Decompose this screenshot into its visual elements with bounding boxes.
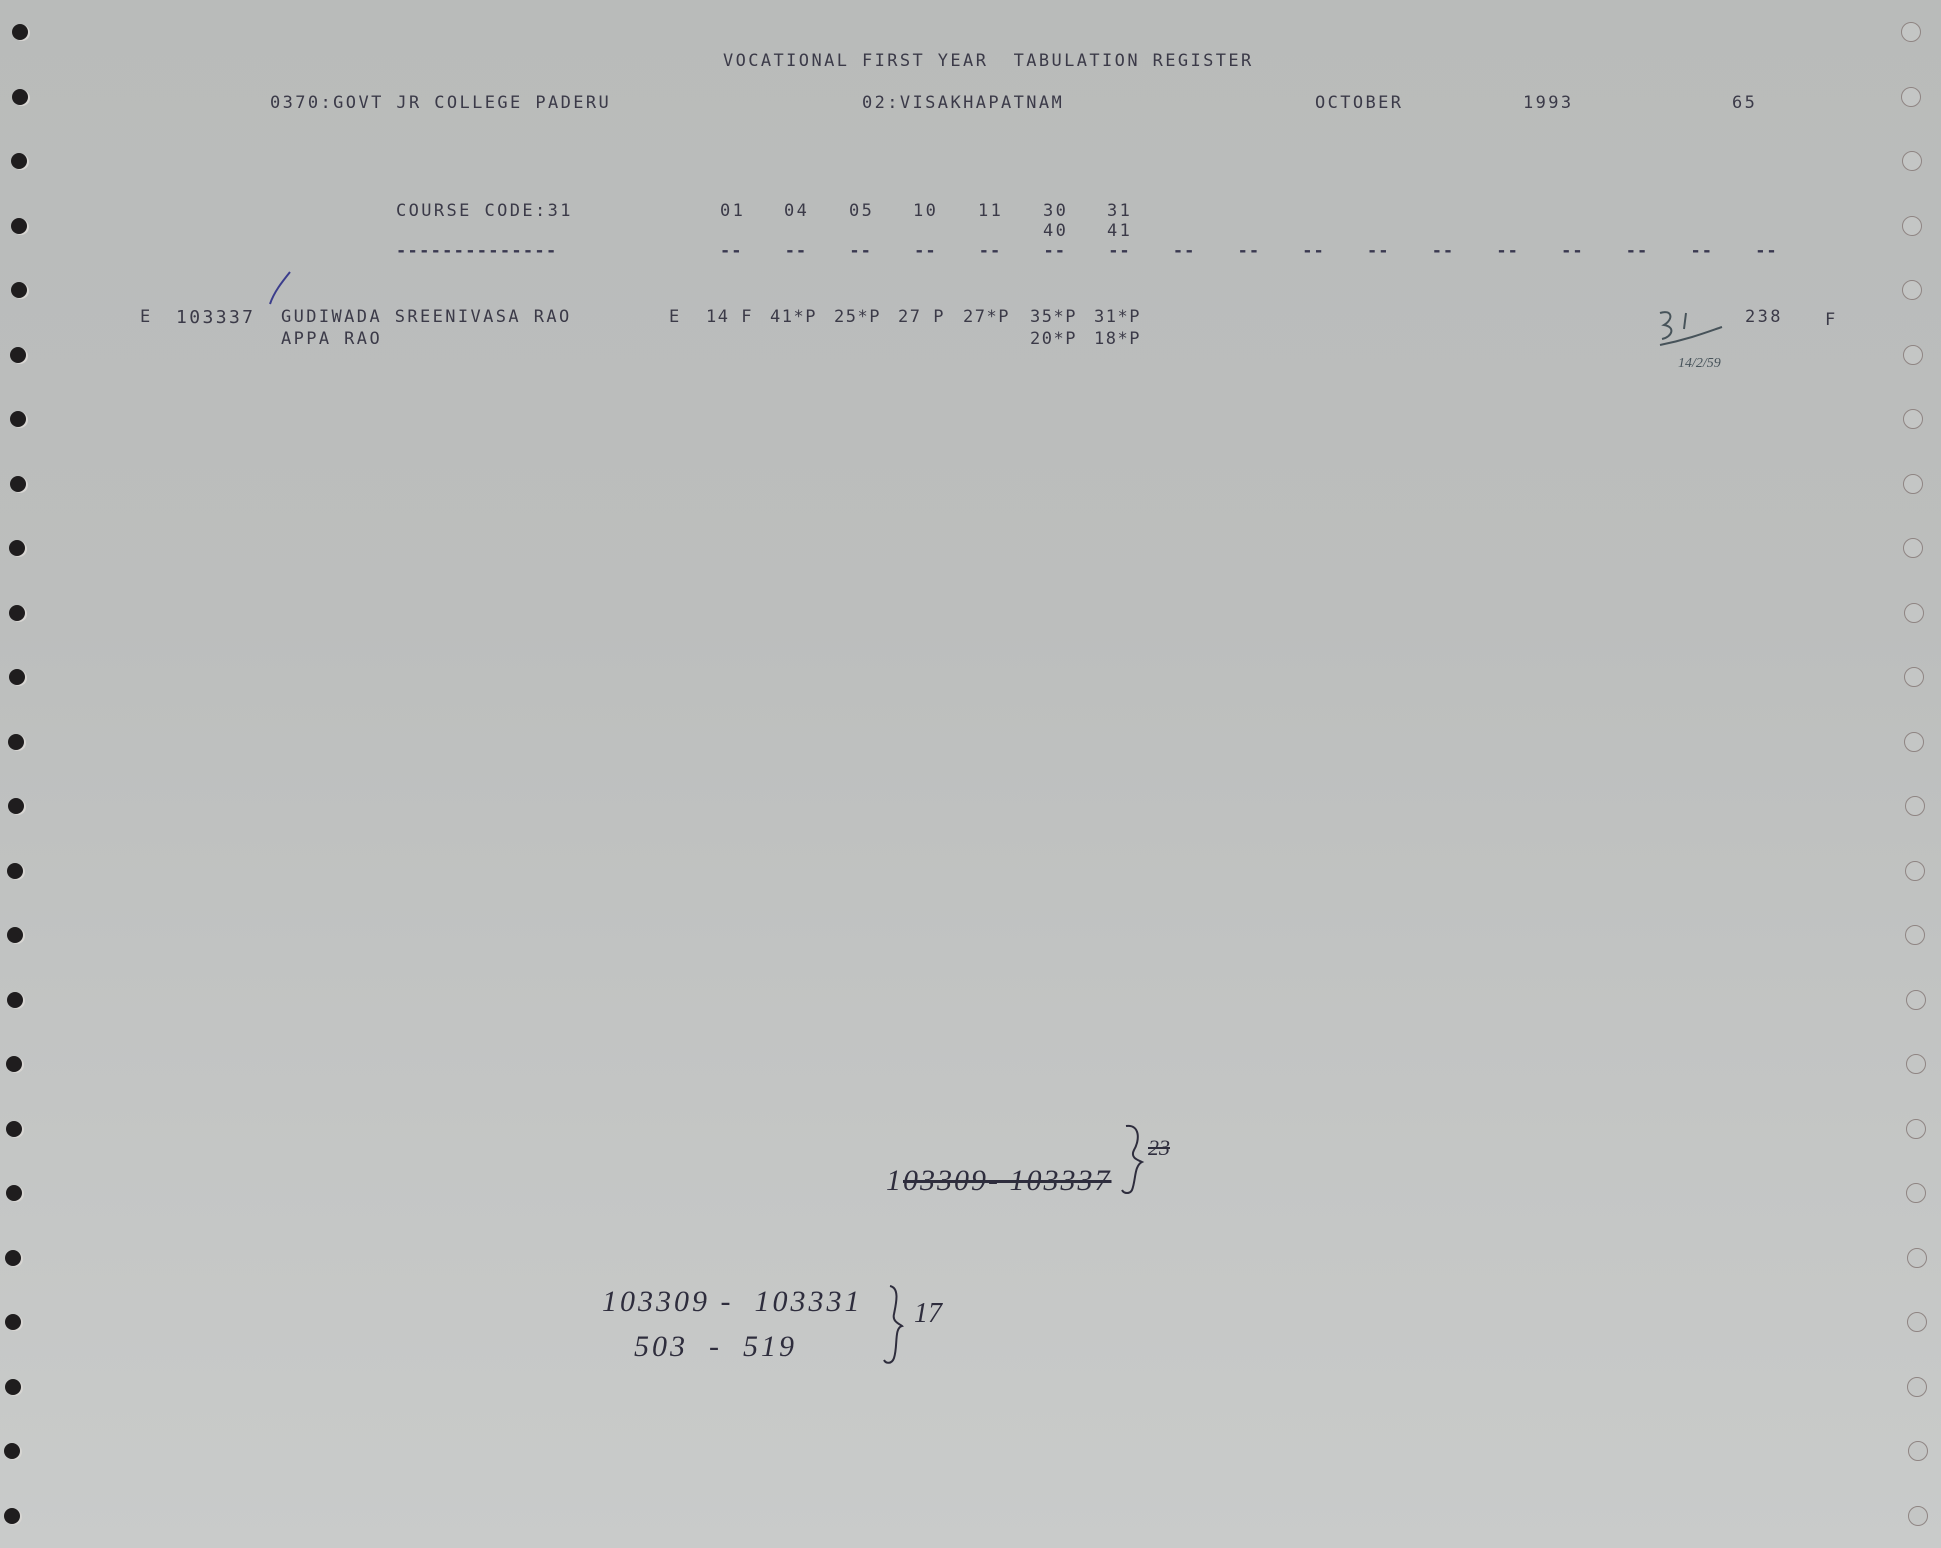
- feed-hole: [1906, 990, 1926, 1010]
- feed-hole: [5, 1314, 21, 1330]
- feed-hole: [1907, 1312, 1927, 1332]
- feed-hole: [1904, 603, 1924, 623]
- column-separator: --: [849, 241, 871, 261]
- feed-hole: [9, 540, 25, 556]
- feed-hole: [1901, 22, 1921, 42]
- feed-hole: [4, 1443, 20, 1459]
- exam-month: OCTOBER: [1315, 93, 1403, 113]
- subject-code-alt: 40: [1043, 221, 1068, 241]
- column-separator: --: [720, 241, 742, 261]
- note-range-prefix: 1: [886, 1164, 903, 1197]
- pen-tick-mark: [262, 268, 302, 308]
- student-name: GUDIWADA SREENIVASA RAO: [281, 307, 572, 327]
- feed-hole: [11, 153, 27, 169]
- feed-hole: [11, 282, 27, 298]
- subject-code: 30: [1043, 201, 1068, 221]
- feed-hole: [1902, 151, 1922, 171]
- feed-hole: [12, 89, 28, 105]
- note2-line1: 103309 - 103331: [602, 1285, 863, 1319]
- feed-hole: [6, 1056, 22, 1072]
- feed-hole: [4, 1508, 20, 1524]
- feed-hole: [1908, 1506, 1928, 1526]
- subject-mark-alt: 18*P: [1094, 329, 1141, 349]
- register-title: VOCATIONAL FIRST YEAR TABULATION REGISTE…: [723, 51, 1254, 71]
- feed-hole: [1905, 925, 1925, 945]
- feed-hole: [8, 734, 24, 750]
- medium-code: E: [669, 307, 682, 327]
- column-separator: --: [1367, 241, 1389, 261]
- result-status: F: [1825, 310, 1838, 330]
- feed-hole: [11, 218, 27, 234]
- column-separator: --: [785, 241, 807, 261]
- subject-mark: 25*P: [834, 307, 881, 327]
- feed-hole: [1905, 861, 1925, 881]
- column-separator: --: [1044, 241, 1066, 261]
- subject-mark: 35*P: [1030, 307, 1077, 327]
- feed-hole: [1906, 1119, 1926, 1139]
- feed-hole: [1903, 474, 1923, 494]
- feed-hole: [9, 669, 25, 685]
- feed-hole: [5, 1250, 21, 1266]
- note2-count: 17: [914, 1298, 942, 1330]
- column-separator: --: [979, 241, 1001, 261]
- note-range-struck-text: 03309- 103337: [903, 1164, 1112, 1197]
- subject-mark: 27 P: [898, 307, 945, 327]
- note-range-struck: 103309- 103337: [848, 1130, 1112, 1232]
- column-separator: --: [1755, 241, 1777, 261]
- subject-mark: 27*P: [963, 307, 1010, 327]
- feed-hole: [1907, 1248, 1927, 1268]
- feed-hole: [1904, 667, 1924, 687]
- feed-hole: [8, 798, 24, 814]
- college-name: 0370:GOVT JR COLLEGE PADERU: [270, 93, 611, 113]
- hall-ticket-number: 103337: [176, 307, 255, 328]
- feed-hole: [10, 411, 26, 427]
- feed-hole: [1902, 280, 1922, 300]
- column-separator: --: [1561, 241, 1583, 261]
- feed-hole: [10, 347, 26, 363]
- feed-hole: [1908, 1441, 1928, 1461]
- subject-mark-alt: 20*P: [1030, 329, 1077, 349]
- column-separator: --: [1173, 241, 1195, 261]
- subject-mark: 14 F: [706, 307, 753, 327]
- column-separator: --: [1626, 241, 1648, 261]
- course-code-underline: --------------: [396, 241, 558, 261]
- page-number: 65: [1732, 93, 1757, 113]
- feed-hole: [6, 1121, 22, 1137]
- column-separator: --: [1302, 241, 1324, 261]
- examiner-signature: 14/2/59: [1650, 305, 1760, 375]
- feed-hole: [1906, 1183, 1926, 1203]
- feed-hole: [1907, 1377, 1927, 1397]
- svg-text:14/2/59: 14/2/59: [1678, 356, 1721, 371]
- feed-hole: [5, 1379, 21, 1395]
- feed-hole: [7, 927, 23, 943]
- subject-code: 11: [978, 201, 1003, 221]
- feed-hole: [6, 1185, 22, 1201]
- subject-code: 05: [849, 201, 874, 221]
- subject-code: 01: [720, 201, 745, 221]
- column-separator: --: [914, 241, 936, 261]
- feed-hole: [10, 476, 26, 492]
- feed-hole: [1903, 538, 1923, 558]
- subject-code: 10: [913, 201, 938, 221]
- column-separator: --: [1238, 241, 1260, 261]
- subject-mark: 41*P: [770, 307, 817, 327]
- feed-hole: [1901, 87, 1921, 107]
- tabulation-register-page: VOCATIONAL FIRST YEAR TABULATION REGISTE…: [0, 0, 1941, 1548]
- feed-hole: [1906, 1054, 1926, 1074]
- feed-hole: [1903, 345, 1923, 365]
- column-separator: --: [1108, 241, 1130, 261]
- subject-code: 31: [1107, 201, 1132, 221]
- column-separator: --: [1496, 241, 1518, 261]
- district-name: 02:VISAKHAPATNAM: [862, 93, 1064, 113]
- note1-count: 23: [1148, 1135, 1170, 1161]
- feed-hole: [1903, 409, 1923, 429]
- feed-hole: [7, 992, 23, 1008]
- column-separator: --: [1432, 241, 1454, 261]
- course-code-label: COURSE CODE:31: [396, 201, 573, 221]
- feed-hole: [1904, 732, 1924, 752]
- subject-code: 04: [784, 201, 809, 221]
- feed-hole: [7, 863, 23, 879]
- father-name: APPA RAO: [281, 329, 382, 349]
- subject-code-alt: 41: [1107, 221, 1132, 241]
- exam-year: 1993: [1523, 93, 1574, 113]
- feed-hole: [9, 605, 25, 621]
- feed-hole: [1902, 216, 1922, 236]
- subject-mark: 31*P: [1094, 307, 1141, 327]
- column-separator: --: [1691, 241, 1713, 261]
- note2-line2: 503 - 519: [634, 1330, 797, 1364]
- feed-hole: [1905, 796, 1925, 816]
- feed-hole: [12, 24, 28, 40]
- student-category: E: [140, 307, 153, 327]
